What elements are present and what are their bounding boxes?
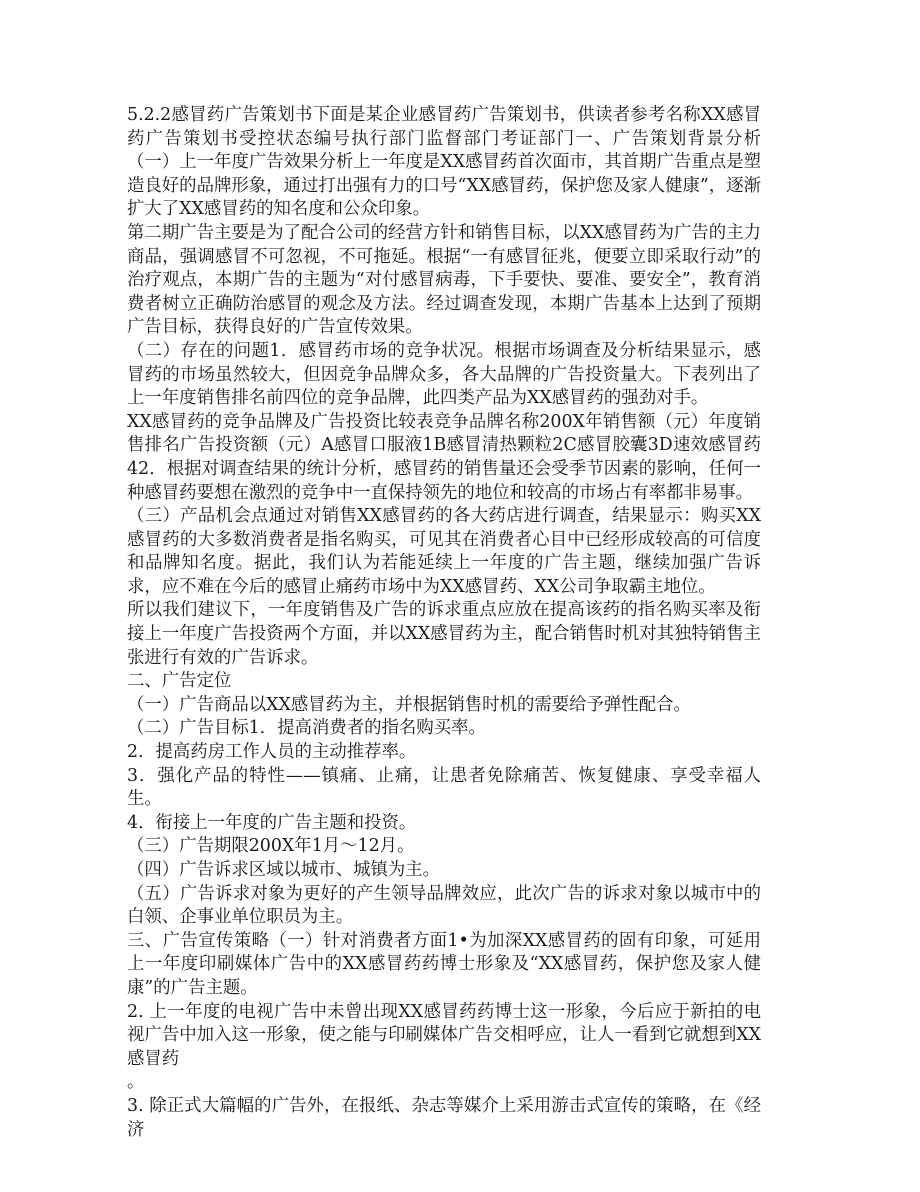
paragraph-period: （三）广告期限200X年1月～12月。 [127,835,761,859]
section-heading-positioning: 二、广告定位 [127,670,761,694]
paragraph-product: （一）广告商品以XX感冒药为主，并根据销售时机的需要给予弹性配合。 [127,694,761,718]
paragraph-goal-1: （二）广告目标1．提高消费者的指名购买率。 [127,717,761,741]
paragraph-problems: （二）存在的问题1．感冒药市场的竞争状况。根据市场调查及分析结果显示，感冒药的市… [127,340,761,411]
paragraph-region: （四）广告诉求区域以城市、城镇为主。 [127,859,761,883]
paragraph-period-mark: 。 [127,1071,761,1095]
paragraph-strategy-3: 3. 除正式大篇幅的广告外，在报纸、杂志等媒介上采用游击式宣传的策略，在《经济 [127,1095,761,1142]
paragraph-goal-2: 2．提高药房工作人员的主动推荐率。 [127,741,761,765]
paragraph-recommendation: 所以我们建议下，一年度销售及广告的诉求重点应放在提高该药的指名购买率及衔接上一年… [127,599,761,670]
paragraph-opportunity: （三）产品机会点通过对销售XX感冒药的各大药店进行调查，结果显示：购买XX感冒药… [127,505,761,599]
paragraph-strategy-1: 三、广告宣传策略（一）针对消费者方面1•为加深XX感冒药的固有印象，可延用上一年… [127,930,761,1001]
paragraph-intro-background: 5.2.2感冒药广告策划书下面是某企业感冒药广告策划书，供读者参考名称XX感冒药… [127,104,761,222]
paragraph-audience: （五）广告诉求对象为更好的产生领导品牌效应，此次广告的诉求对象以城市中的白领、企… [127,883,761,930]
paragraph-goal-4: 4．衔接上一年度的广告主题和投资。 [127,812,761,836]
paragraph-competitor-table: XX感冒药的竞争品牌及广告投资比较表竞争品牌名称200X年销售额（元）年度销售排… [127,411,761,505]
paragraph-goal-3: 3．强化产品的特性——镇痛、止痛，让患者免除痛苦、恢复健康、享受幸福人生。 [127,765,761,812]
document-page: 5.2.2感冒药广告策划书下面是某企业感冒药广告策划书，供读者参考名称XX感冒药… [127,104,761,1142]
paragraph-strategy-2: 2. 上一年度的电视广告中未曾出现XX感冒药药博士这一形象，今后应于新拍的电视广… [127,1001,761,1072]
paragraph-second-phase: 第二期广告主要是为了配合公司的经营方针和销售目标，以XX感冒药为广告的主力商品，… [127,222,761,340]
